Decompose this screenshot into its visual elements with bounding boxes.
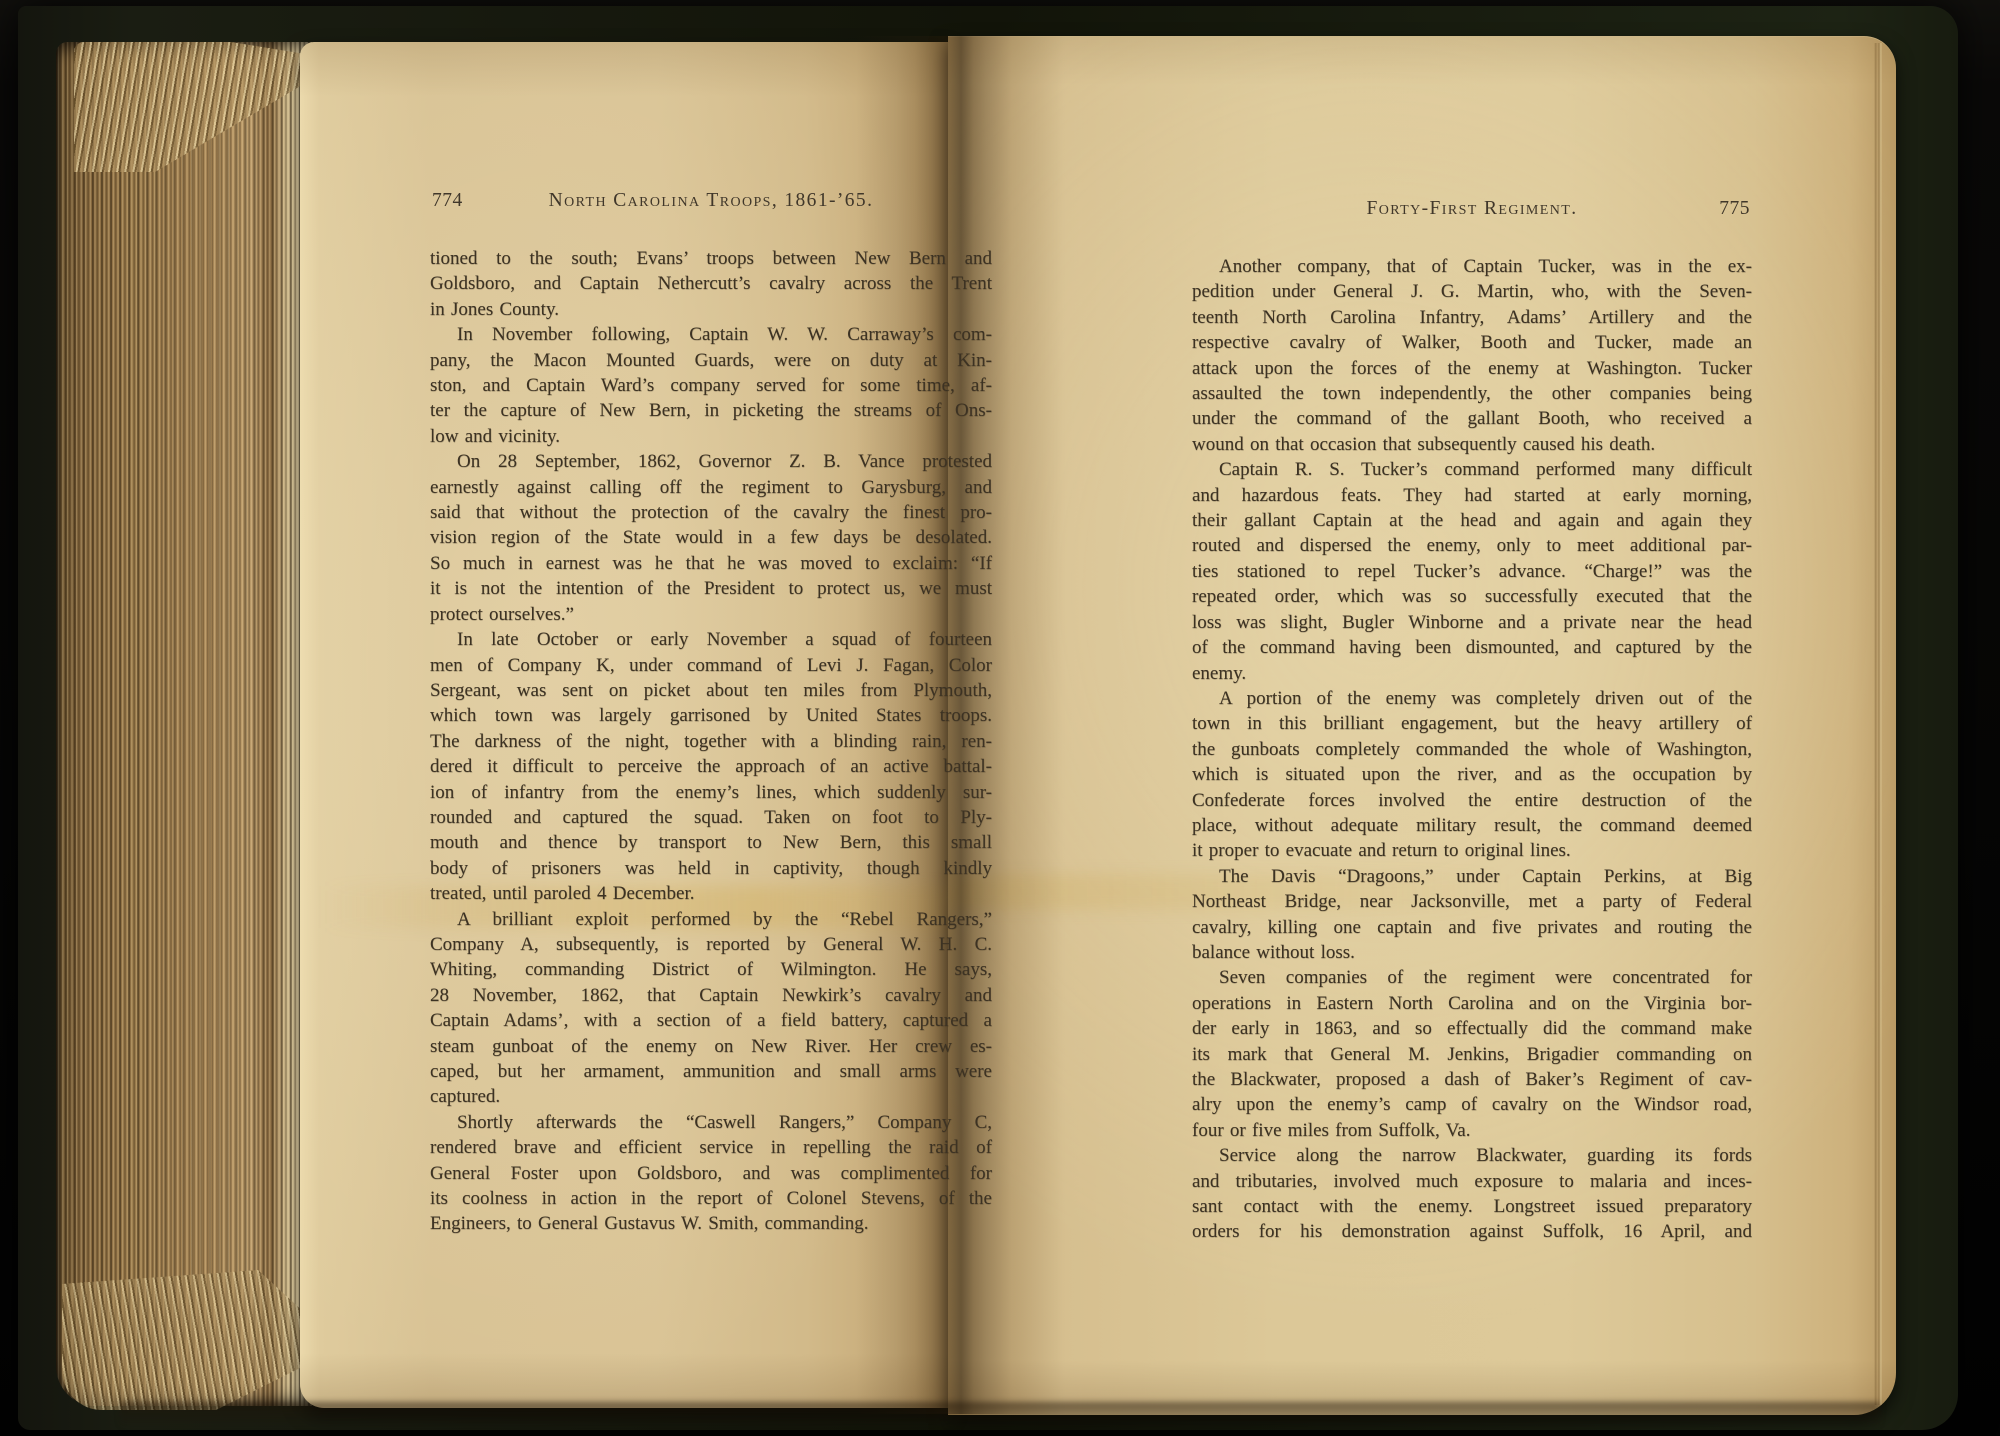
text-line: ston, and Captain Ward’s company served … [430,373,992,398]
text-line: routed and dispersed the enemy, only to … [1192,533,1752,558]
left-page-header: 774 North Carolina Troops, 1861-’65. [430,190,992,216]
text-line: steam gunboat of the enemy on New River.… [430,1034,992,1059]
text-line: In November following, Captain W. W. Car… [430,322,992,347]
text-line: enemy. [1192,661,1752,686]
text-line: and tributaries, involved much exposure … [1192,1169,1752,1194]
open-book-photo: 774 North Carolina Troops, 1861-’65. tio… [0,0,2000,1436]
text-line: said that without the protection of the … [430,500,992,525]
text-line: alry upon the enemy’s camp of cavalry on… [1192,1092,1752,1117]
text-line: Sergeant, was sent on picket about ten m… [430,678,992,703]
text-line: So much in earnest was he that he was mo… [430,551,992,576]
paragraph: In late October or early November a squa… [430,627,992,906]
paragraph: Captain R. S. Tucker’s command performed… [1192,457,1752,686]
text-line: repeated order, which was so successfull… [1192,584,1752,609]
text-line: 28 November, 1862, that Captain Newkirk’… [430,983,992,1008]
text-line: ties stationed to repel Tucker’s advance… [1192,559,1752,584]
text-line: teenth North Carolina Infantry, Adams’ A… [1192,305,1752,330]
paragraph: On 28 September, 1862, Governor Z. B. Va… [430,449,992,627]
text-line: dered it difficult to perceive the appro… [430,754,992,779]
left-page-body: tioned to the south; Evans’ troops betwe… [430,246,992,1237]
text-line: the gunboats completely commanded the wh… [1192,737,1752,762]
text-line: mouth and thence by transport to New Ber… [430,830,992,855]
text-line: caped, but her armament, ammunition and … [430,1059,992,1084]
paragraph: Another company, that of Captain Tucker,… [1192,254,1752,457]
text-line: it is not the intention of the President… [430,576,992,601]
text-line: Company A, subsequently, is reported by … [430,932,992,957]
text-line: Captain Adams’, with a section of a fiel… [430,1008,992,1033]
text-line: tioned to the south; Evans’ troops betwe… [430,246,992,271]
paragraph: The Davis “Dragoons,” under Captain Perk… [1192,864,1752,966]
text-line: the Blackwater, proposed a dash of Baker… [1192,1067,1752,1092]
text-line: and hazardous feats. They had started at… [1192,483,1752,508]
text-line: attack upon the forces of the enemy at W… [1192,356,1752,381]
book-bottom-shadow [120,1402,1880,1428]
text-line: operations in Eastern North Carolina and… [1192,991,1752,1016]
text-line: Seven companies of the regiment were con… [1192,965,1752,990]
text-line: rendered brave and efficient service in … [430,1135,992,1160]
text-line: balance without loss. [1192,940,1752,965]
text-line: On 28 September, 1862, Governor Z. B. Va… [430,449,992,474]
paragraph: tioned to the south; Evans’ troops betwe… [430,246,992,322]
text-line: it proper to evacuate and return to orig… [1192,838,1752,863]
text-line: place, without adequate military result,… [1192,813,1752,838]
text-line: ter the capture of New Bern, in picketin… [430,398,992,423]
text-line: men of Company K, under command of Levi … [430,653,992,678]
text-line: cavalry, killing one captain and five pr… [1192,915,1752,940]
text-line: Northeast Bridge, near Jacksonville, met… [1192,889,1752,914]
paragraph: A brilliant exploit performed by the “Re… [430,907,992,1110]
paragraph: Shortly afterwards the “Caswell Rangers,… [430,1110,992,1237]
text-line: The darkness of the night, together with… [430,729,992,754]
right-page-body: Another company, that of Captain Tucker,… [1192,254,1752,1245]
text-line: assaulted the town independently, the ot… [1192,381,1752,406]
text-line: Engineers, to General Gustavus W. Smith,… [430,1211,992,1236]
text-line: which town was largely garrisoned by Uni… [430,703,992,728]
text-line: rounded and captured the squad. Taken on… [430,805,992,830]
text-line: its mark that General M. Jenkins, Brigad… [1192,1042,1752,1067]
text-line: Service along the narrow Blackwater, gua… [1192,1143,1752,1168]
text-line: under the command of the gallant Booth, … [1192,406,1752,431]
text-line: orders for his demonstration against Suf… [1192,1219,1752,1244]
text-line: ion of infantry from the enemy’s lines, … [430,780,992,805]
text-line: A brilliant exploit performed by the “Re… [430,907,992,932]
text-line: which is situated upon the river, and as… [1192,762,1752,787]
text-line: of the command having been dismounted, a… [1192,635,1752,660]
text-line: pedition under General J. G. Martin, who… [1192,279,1752,304]
left-page-number: 774 [432,190,463,212]
text-line: earnestly against calling off the regime… [430,475,992,500]
right-page-header: Forty-First Regiment. 775 [1192,198,1752,224]
text-line: four or five miles from Suffolk, Va. [1192,1118,1752,1143]
text-line: Shortly afterwards the “Caswell Rangers,… [430,1110,992,1135]
text-line: low and vicinity. [430,424,992,449]
text-line: General Foster upon Goldsboro, and was c… [430,1161,992,1186]
page-fore-edge-stack [56,42,312,1406]
paragraph: In November following, Captain W. W. Car… [430,322,992,449]
left-page-text: 774 North Carolina Troops, 1861-’65. tio… [430,190,992,1237]
text-line: wound on that occasion that subsequently… [1192,432,1752,457]
paragraph: Service along the narrow Blackwater, gua… [1192,1143,1752,1245]
text-line: its coolness in action in the report of … [430,1186,992,1211]
text-line: Goldsboro, and Captain Nethercutt’s cava… [430,271,992,296]
text-line: sant contact with the enemy. Longstreet … [1192,1194,1752,1219]
text-line: The Davis “Dragoons,” under Captain Perk… [1192,864,1752,889]
text-line: body of prisoners was held in captivity,… [430,856,992,881]
text-line: vision region of the State would in a fe… [430,525,992,550]
text-line: In late October or early November a squa… [430,627,992,652]
text-line: their gallant Captain at the head and ag… [1192,508,1752,533]
right-running-title: Forty-First Regiment. [1192,198,1752,220]
paragraph: A portion of the enemy was completely dr… [1192,686,1752,864]
text-line: Whiting, commanding District of Wilmingt… [430,957,992,982]
right-page-number: 775 [1719,198,1750,220]
text-line: pany, the Macon Mounted Guards, were on … [430,348,992,373]
text-line: captured. [430,1084,992,1109]
text-line: respective cavalry of Walker, Booth and … [1192,330,1752,355]
text-line: Another company, that of Captain Tucker,… [1192,254,1752,279]
right-page-text: Forty-First Regiment. 775 Another compan… [1192,198,1752,1245]
text-line: Confederate forces involved the entire d… [1192,788,1752,813]
text-line: treated, until paroled 4 December. [430,881,992,906]
text-line: A portion of the enemy was completely dr… [1192,686,1752,711]
text-line: Captain R. S. Tucker’s command performed… [1192,457,1752,482]
text-line: town in this brilliant engagement, but t… [1192,711,1752,736]
left-running-title: North Carolina Troops, 1861-’65. [430,190,992,212]
text-line: protect ourselves.” [430,602,992,627]
paragraph: Seven companies of the regiment were con… [1192,965,1752,1143]
text-line: loss was slight, Bugler Winborne and a p… [1192,610,1752,635]
text-line: in Jones County. [430,297,992,322]
text-line: der early in 1863, and so effectually di… [1192,1016,1752,1041]
